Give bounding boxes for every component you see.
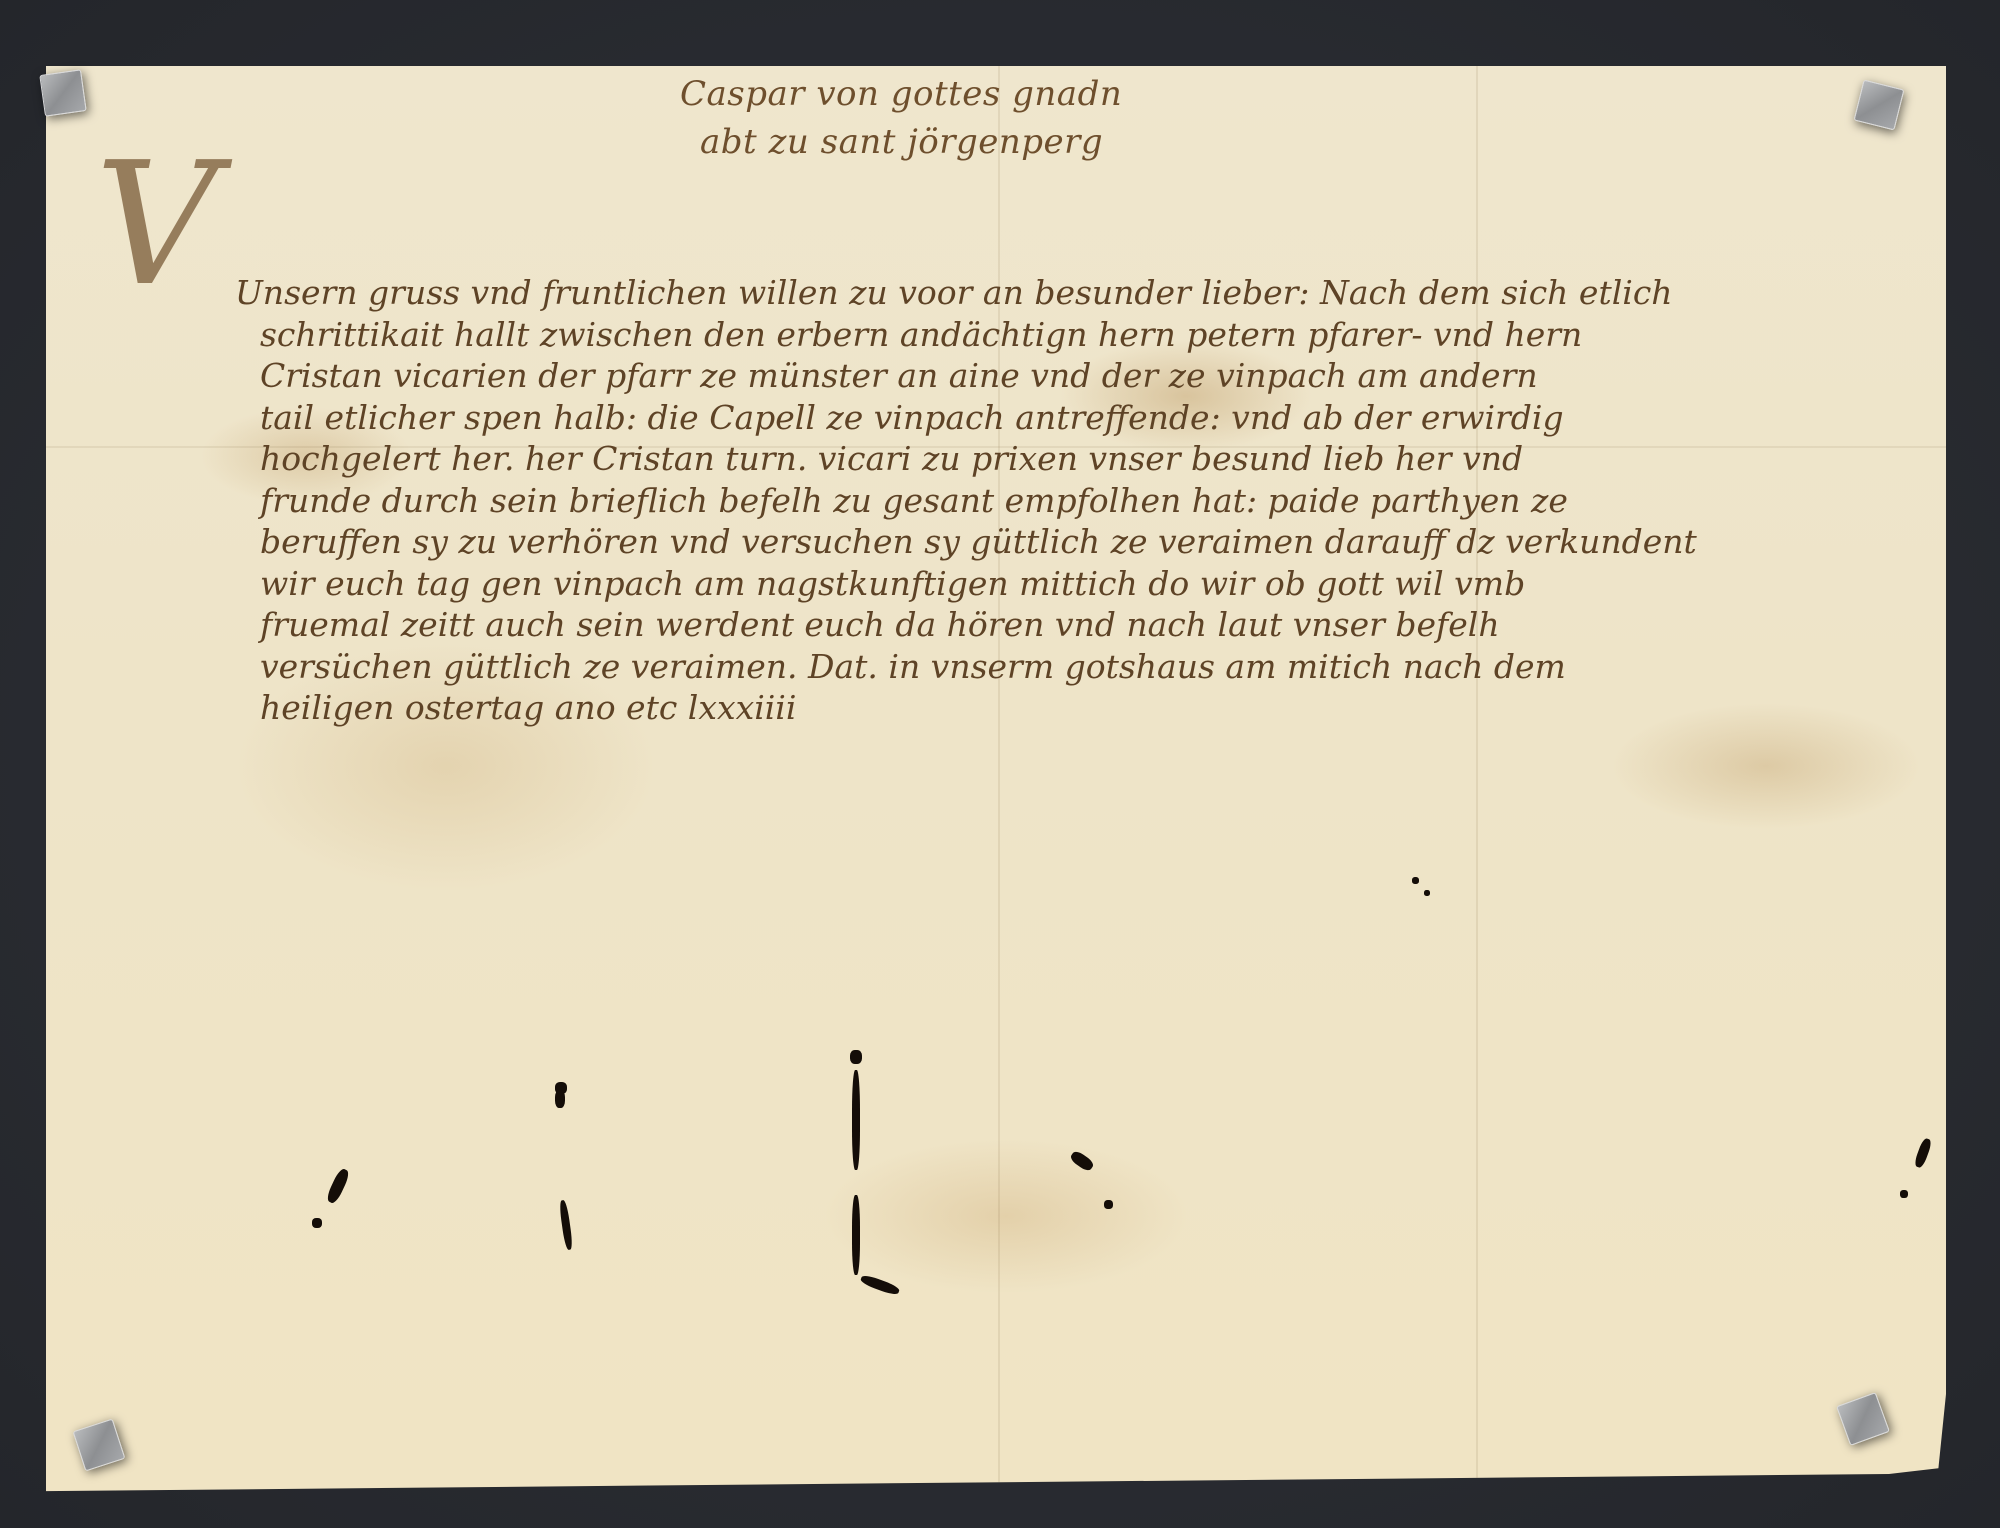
decorative-initial: V [95,140,218,310]
body-line: tail etlicher spen halb: die Capell ze v… [215,397,1915,439]
body-line: frunde durch sein brieflich befelh zu ge… [215,480,1915,522]
body-line: Unsern gruss vnd fruntlichen willen zu v… [215,272,1915,314]
heading-line: abt zu sant jörgenperg [680,118,1122,166]
body-line: heiligen ostertag ano etc lxxxiiii [215,687,1915,729]
magnet-top-left [39,69,86,116]
body-line: wir euch tag gen vinpach am nagstkunftig… [215,563,1915,605]
body-line: versüchen güttlich ze veraimen. Dat. in … [215,646,1915,688]
body-line: beruffen sy zu verhören vnd versuchen sy… [215,521,1915,563]
letter-body: Unsern gruss vnd fruntlichen willen zu v… [215,272,1915,729]
body-line: fruemal zeitt auch sein werdent euch da … [215,604,1915,646]
body-line: hochgelert her. her Cristan turn. vicari… [215,438,1915,480]
body-line: schrittikait hallt zwischen den erbern a… [215,314,1915,356]
letter-heading: Caspar von gottes gnadn abt zu sant jörg… [680,70,1122,166]
body-line: Cristan vicarien der pfarr ze münster an… [215,355,1915,397]
heading-line: Caspar von gottes gnadn [680,70,1122,118]
